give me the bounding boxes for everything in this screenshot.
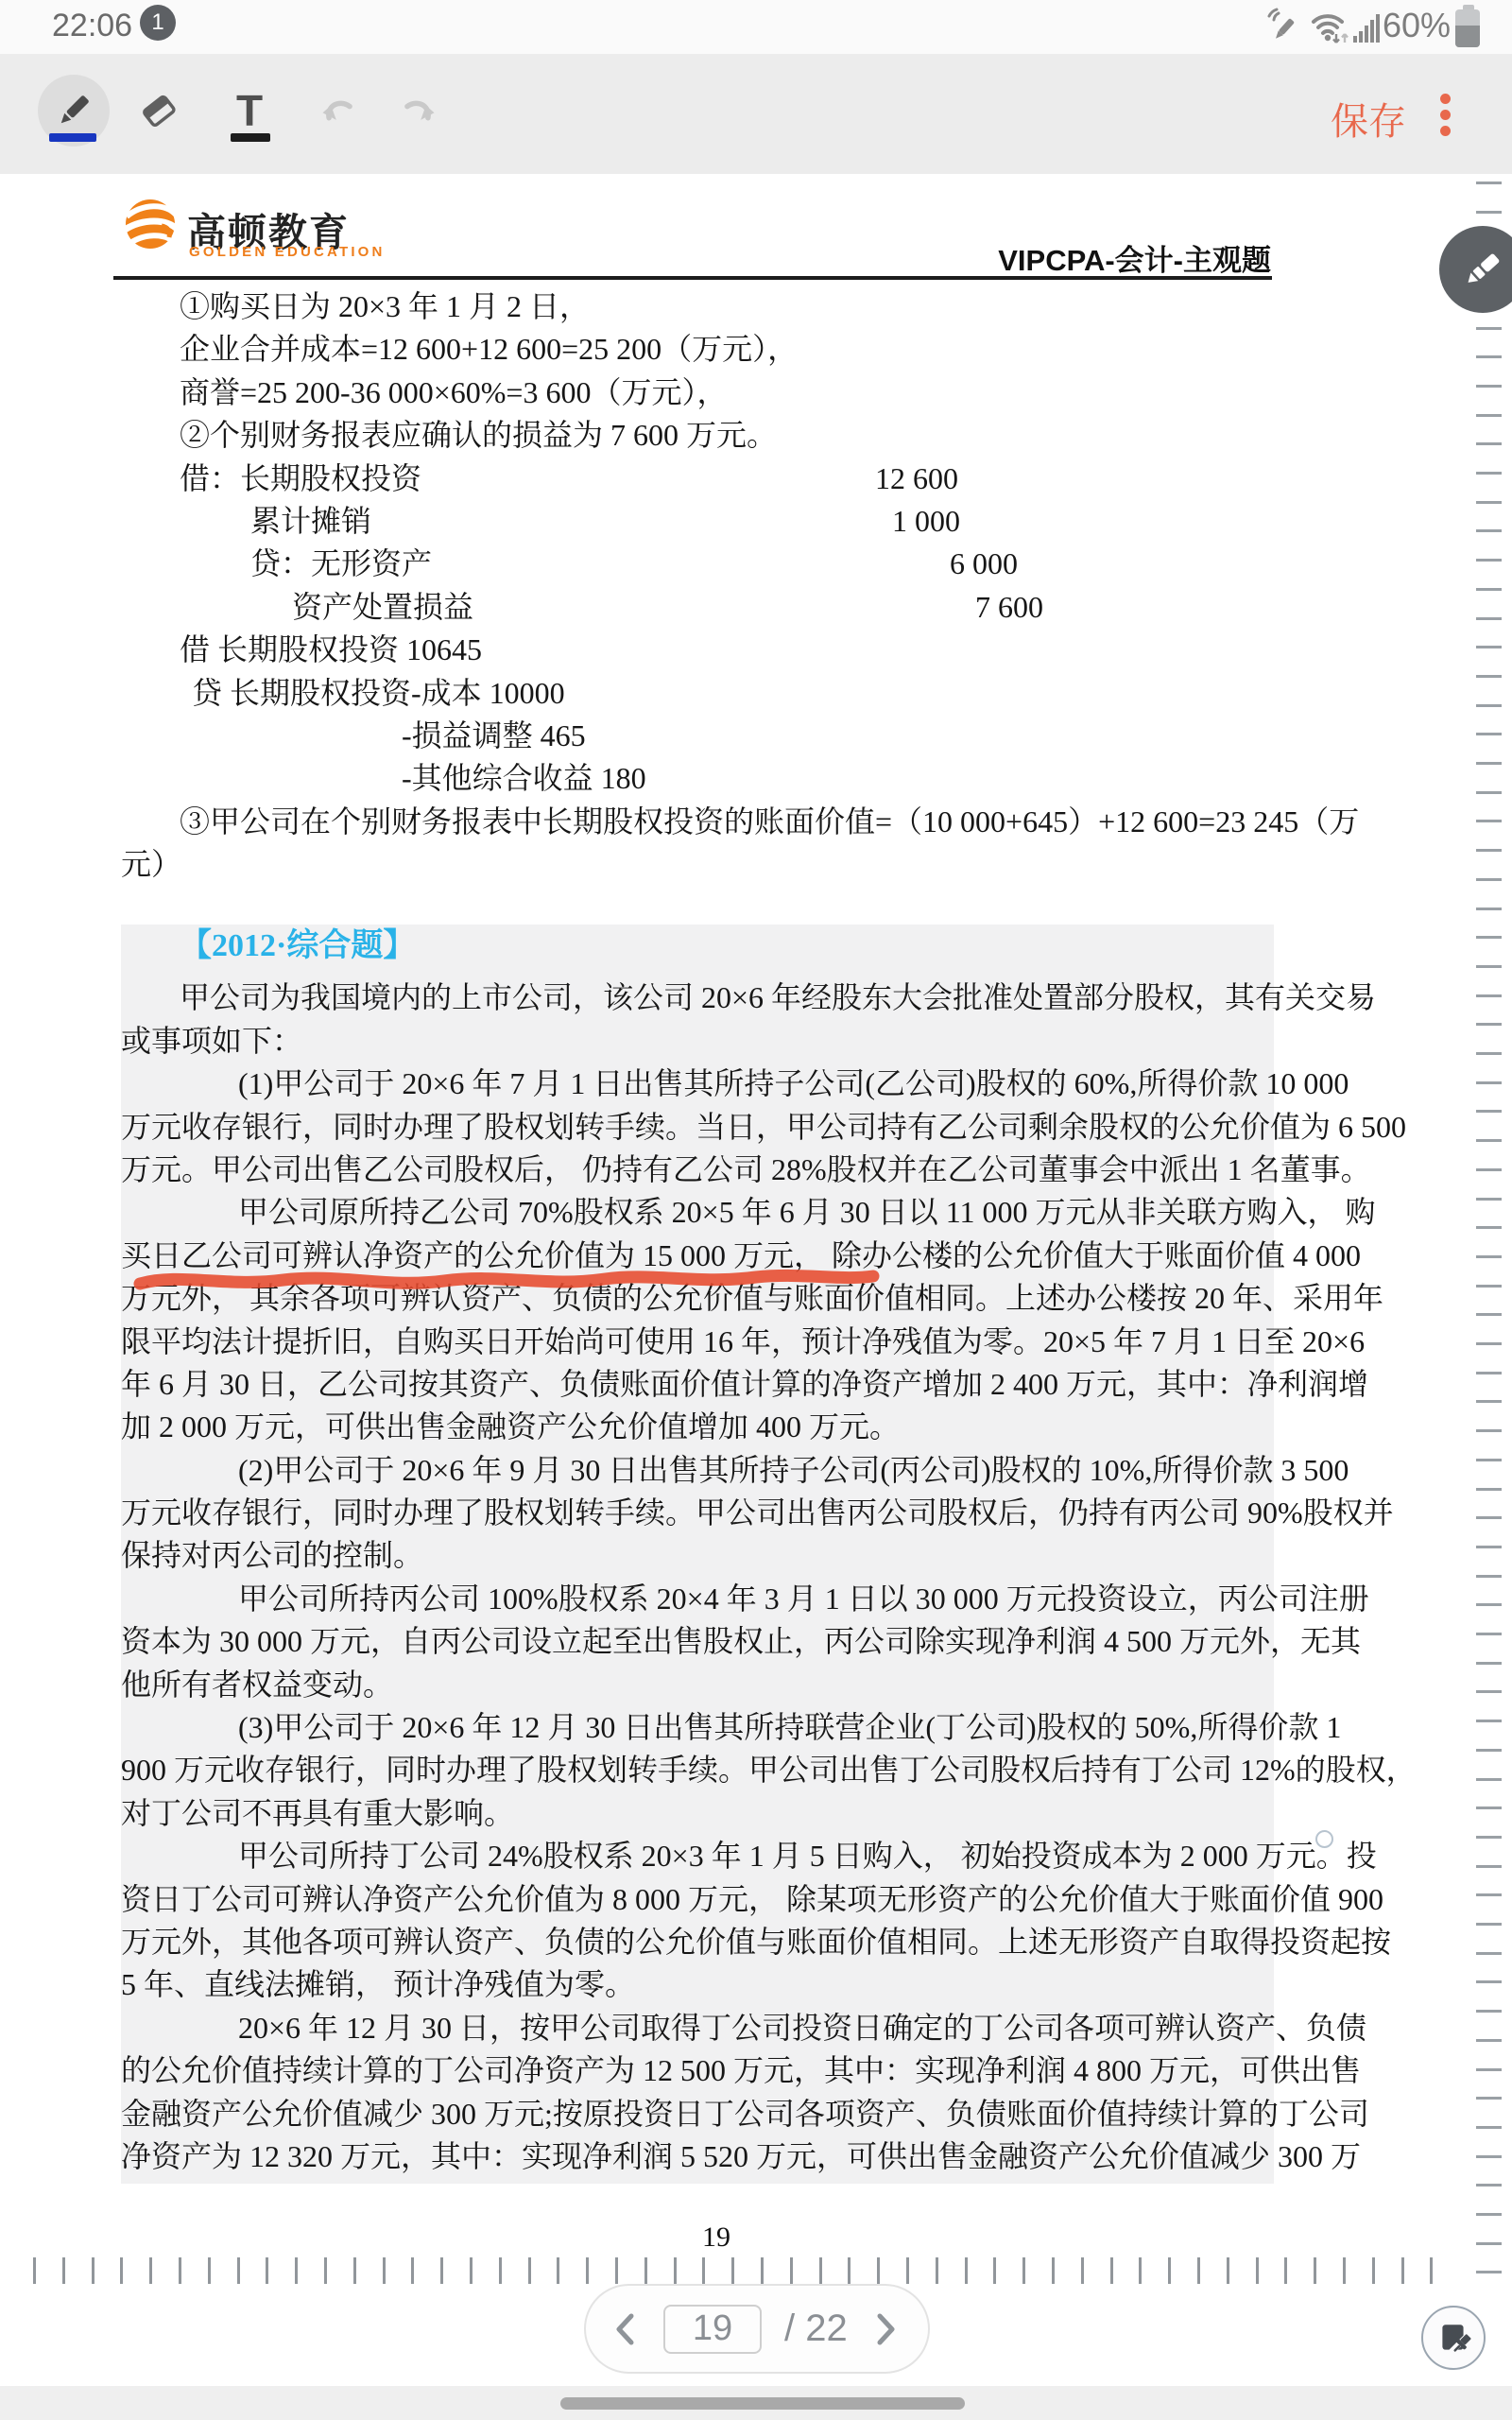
ruler-tick bbox=[1401, 2257, 1404, 2284]
ruler-tick bbox=[644, 2257, 647, 2284]
ruler-tick bbox=[62, 2257, 65, 2284]
text-line: (2)甲公司于 20×6 年 9 月 30 日出售其所持子公司(丙公司)股权的 … bbox=[121, 1449, 1283, 1492]
eraser-tool-button[interactable] bbox=[123, 75, 195, 147]
ruler-tick bbox=[1081, 2257, 1084, 2284]
next-page-button[interactable] bbox=[872, 2309, 899, 2349]
text-line: 贷：无形资产6 000 bbox=[121, 543, 1283, 585]
ruler-tick bbox=[1052, 2257, 1055, 2284]
pen-color-indicator bbox=[49, 133, 96, 142]
ruler-tick bbox=[1256, 2257, 1259, 2284]
printed-page-number: 19 bbox=[660, 2221, 773, 2254]
journal-amount: 12 600 bbox=[875, 458, 958, 500]
text-color-indicator bbox=[231, 133, 270, 142]
text-line: ②个别财务报表应确认的损益为 7 600 万元。 bbox=[121, 414, 1283, 457]
ruler-tick bbox=[790, 2257, 793, 2284]
text-line: 资日丁公司可辨认净资产公允价值为 8 000 万元， 除某项无形资产的公允价值大… bbox=[121, 1878, 1283, 1921]
ruler-tick bbox=[266, 2257, 268, 2284]
document-title: VIPCPA-会计-主观题 bbox=[998, 236, 1271, 279]
text-line: 他所有者权益变动。 bbox=[121, 1664, 1283, 1706]
text-line: 元） bbox=[121, 843, 1283, 886]
text-line: 企业合并成本=12 600+12 600=25 200（万元）， bbox=[121, 328, 1283, 371]
eraser-icon bbox=[137, 89, 180, 132]
ruler-tick bbox=[179, 2257, 181, 2284]
text-line: 万元。甲公司出售乙公司股权后， 仍持有乙公司 28%股权并在乙公司董事会中派出 … bbox=[121, 1149, 1283, 1191]
page-total: / 22 bbox=[784, 2308, 848, 2350]
text-line: 万元收存银行，同时办理了股权划转手续。当日，甲公司持有乙公司剩余股权的公允价值为… bbox=[121, 1106, 1283, 1149]
more-options-button[interactable] bbox=[1438, 94, 1452, 139]
ruler-tick bbox=[499, 2257, 502, 2284]
golden-education-logo bbox=[124, 192, 180, 258]
wifi-icon bbox=[1308, 8, 1349, 47]
pen-fab-icon bbox=[1458, 245, 1507, 294]
ruler-tick bbox=[702, 2257, 705, 2284]
ruler-tick bbox=[353, 2257, 356, 2284]
text-line: 20×6 年 12 月 30 日，按甲公司取得丁公司投资日确定的丁公司各项可辨认… bbox=[121, 2007, 1283, 2049]
ruler-tick bbox=[906, 2257, 909, 2284]
bottom-ruler bbox=[0, 2257, 1512, 2284]
text-line: 借 长期股权投资 10645 bbox=[121, 629, 1283, 671]
clock: 22:06 bbox=[52, 8, 132, 44]
redo-icon bbox=[398, 90, 439, 131]
ruler-tick bbox=[470, 2257, 472, 2284]
text-line: -其他综合收益 180 bbox=[121, 757, 1283, 800]
chevron-right-icon bbox=[873, 2310, 898, 2348]
battery-percent: 60% bbox=[1383, 6, 1451, 45]
pen-icon bbox=[53, 90, 94, 131]
ruler-tick bbox=[1343, 2257, 1346, 2284]
ruler-tick bbox=[120, 2257, 123, 2284]
ruler-tick bbox=[1430, 2257, 1433, 2284]
ruler-tick bbox=[936, 2257, 938, 2284]
previous-page-button[interactable] bbox=[612, 2309, 639, 2349]
ruler-tick bbox=[1284, 2257, 1287, 2284]
journal-amount: 6 000 bbox=[950, 543, 1018, 585]
text-line: 5 年、直线法摊销， 预计净残值为零。 bbox=[121, 1963, 1283, 2006]
status-bar: 22:06 1 60% bbox=[0, 0, 1512, 54]
text-line: (1)甲公司于 20×6 年 7 月 1 日出售其所持子公司(乙公司)股权的 6… bbox=[121, 1063, 1283, 1105]
page-number-input[interactable]: 19 bbox=[663, 2305, 762, 2354]
text-line: 借：长期股权投资12 600 bbox=[121, 458, 1283, 500]
undo-icon bbox=[318, 90, 359, 131]
save-button[interactable]: 保存 bbox=[1331, 92, 1406, 146]
text-line: 加 2 000 万元，可供出售金融资产公允价值增加 400 万元。 bbox=[121, 1406, 1283, 1448]
text-line: 甲公司所持丙公司 100%股权系 20×4 年 3 月 1 日以 30 000 … bbox=[121, 1578, 1283, 1620]
ruler-tick bbox=[1110, 2257, 1113, 2284]
text-line: 累计摊销1 000 bbox=[121, 500, 1283, 543]
text-line: 或事项如下： bbox=[121, 1020, 1283, 1063]
text-line: 甲公司所持丁公司 24%股权系 20×3 年 1 月 5 日购入， 初始投资成本… bbox=[121, 1835, 1283, 1877]
ruler-tick bbox=[731, 2257, 734, 2284]
ruler-tick bbox=[1372, 2257, 1375, 2284]
brand-subtitle: GOLDEN EDUCATION bbox=[189, 244, 386, 260]
text-line: 贷 长期股权投资-成本 10000 bbox=[121, 672, 1283, 715]
ruler-tick bbox=[615, 2257, 618, 2284]
ruler-tick bbox=[1314, 2257, 1316, 2284]
undo-button[interactable] bbox=[302, 75, 374, 147]
ruler-tick bbox=[965, 2257, 968, 2284]
ruler-tick bbox=[324, 2257, 327, 2284]
ruler-tick bbox=[877, 2257, 880, 2284]
header-rule bbox=[113, 276, 1272, 280]
text-line: 资产处置损益7 600 bbox=[121, 586, 1283, 629]
ruler-tick bbox=[440, 2257, 443, 2284]
text-line: 金融资产公允价值减少 300 万元;按原投资日丁公司各项资产、负债账面价值持续计… bbox=[121, 2093, 1283, 2135]
ruler-tick bbox=[383, 2257, 386, 2284]
text-line: (3)甲公司于 20×6 年 12 月 30 日出售其所持联营企业(丁公司)股权… bbox=[121, 1706, 1283, 1749]
ruler-tick bbox=[33, 2257, 36, 2284]
ruler-tick bbox=[761, 2257, 764, 2284]
page-navigator: 19 / 22 bbox=[584, 2284, 930, 2374]
gesture-scrollbar-pill[interactable] bbox=[560, 2397, 965, 2410]
question-title: 【2012·综合题】 bbox=[121, 925, 1283, 967]
ruler-tick bbox=[237, 2257, 240, 2284]
text-line: ①购买日为 20×3 年 1 月 2 日， bbox=[121, 285, 1283, 328]
ruler-tick bbox=[819, 2257, 822, 2284]
ruler-tick bbox=[1227, 2257, 1229, 2284]
ruler-tick bbox=[528, 2257, 531, 2284]
annotation-toolbar: T 保存 bbox=[0, 54, 1512, 174]
text-line: 年 6 月 30 日，乙公司按其资产、负债账面价值计算的净资产增加 2 400 … bbox=[121, 1363, 1283, 1406]
text-line: 净资产为 12 320 万元，其中：实现净利润 5 520 万元，可供出售金融资… bbox=[121, 2135, 1283, 2178]
ruler-tick bbox=[149, 2257, 152, 2284]
journal-amount: 7 600 bbox=[975, 586, 1043, 629]
text-line: 甲公司原所持乙公司 70%股权系 20×5 年 6 月 30 日以 11 000… bbox=[121, 1191, 1283, 1234]
ruler-tick bbox=[411, 2257, 414, 2284]
question-text-block: 【2012·综合题】 甲公司为我国境内的上市公司，该公司 20×6 年经股东大会… bbox=[121, 925, 1283, 2178]
signal-strength-icon bbox=[1353, 9, 1382, 43]
text-line: 万元收存银行，同时办理了股权划转手续。甲公司出售丙公司股权后，仍持有丙公司 90… bbox=[121, 1492, 1283, 1534]
stylus-dot-annotation bbox=[1315, 1830, 1333, 1848]
chevron-left-icon bbox=[613, 2310, 638, 2348]
redo-button[interactable] bbox=[383, 75, 455, 147]
ruler-tick bbox=[1139, 2257, 1142, 2284]
pin-page-button[interactable] bbox=[1421, 2306, 1486, 2370]
text-line: ③甲公司在个别财务报表中长期股权投资的账面价值=（10 000+645）+12 … bbox=[121, 801, 1283, 843]
ruler-tick bbox=[92, 2257, 94, 2284]
journal-amount: 1 000 bbox=[892, 500, 960, 543]
text-line: 甲公司为我国境内的上市公司，该公司 20×6 年经股东大会批准处置部分股权，其有… bbox=[121, 977, 1283, 1019]
text-line: 限平均法计提折旧，自购买日开始尚可使用 16 年，预计净残值为零。20×5 年 … bbox=[121, 1321, 1283, 1363]
ruler-tick bbox=[1168, 2257, 1171, 2284]
text-line: 万元外，其他各项可辨认资产、负债的公允价值与账面价值相同。上述无形资产自取得投资… bbox=[121, 1921, 1283, 1963]
stylus-status-icon bbox=[1266, 8, 1302, 45]
ruler-tick bbox=[557, 2257, 559, 2284]
text-line: 商誉=25 200-36 000×60%=3 600（万元）， bbox=[121, 372, 1283, 414]
text-line: 对丁公司不再具有重大影响。 bbox=[121, 1792, 1283, 1835]
ruler-tick bbox=[295, 2257, 298, 2284]
ruler-tick bbox=[1197, 2257, 1200, 2284]
pin-page-icon bbox=[1435, 2320, 1471, 2356]
text-line: 900 万元收存银行，同时办理了股权划转手续。甲公司出售丁公司股权后持有丁公司 … bbox=[121, 1749, 1283, 1791]
ruler-tick bbox=[848, 2257, 850, 2284]
ruler-tick bbox=[1022, 2257, 1025, 2284]
ruler-tick bbox=[586, 2257, 589, 2284]
text-line: 保持对丙公司的控制。 bbox=[121, 1534, 1283, 1577]
answer-text-block: ①购买日为 20×3 年 1 月 2 日，企业合并成本=12 600+12 60… bbox=[121, 285, 1283, 886]
battery-icon bbox=[1455, 5, 1482, 48]
text-tool-icon: T bbox=[236, 89, 263, 132]
ruler-tick bbox=[208, 2257, 211, 2284]
red-underline-annotation bbox=[132, 1265, 881, 1297]
text-line: 资本为 30 000 万元，自丙公司设立起至出售股权止，丙公司除实现净利润 4 … bbox=[121, 1620, 1283, 1663]
ruler-tick bbox=[674, 2257, 677, 2284]
text-line: 的公允价值持续计算的丁公司净资产为 12 500 万元，其中：实现净利润 4 8… bbox=[121, 2049, 1283, 2092]
notification-badge: 1 bbox=[140, 5, 176, 41]
ruler-tick bbox=[993, 2257, 996, 2284]
text-line: -损益调整 465 bbox=[121, 715, 1283, 757]
